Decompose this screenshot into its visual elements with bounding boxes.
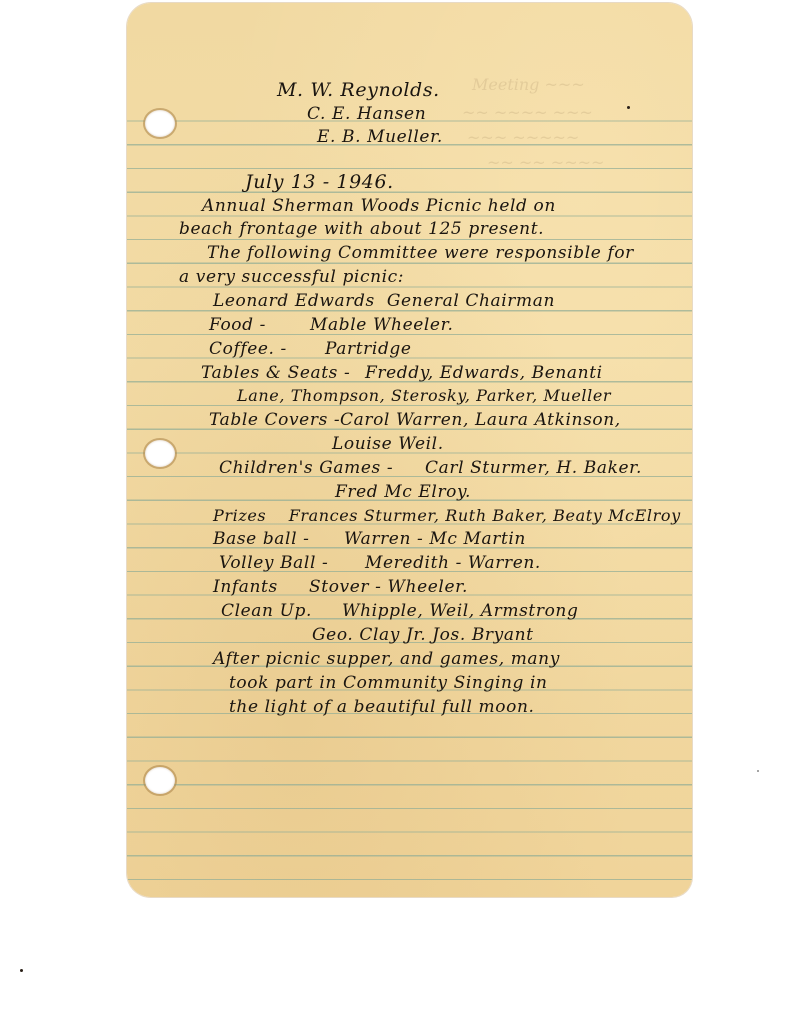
body-line-2: beach frontage with about 125 present.	[179, 218, 544, 240]
body-line-4: a very successful picnic:	[179, 266, 404, 288]
body-line-3: The following Committee were responsible…	[207, 242, 634, 264]
committee-row: Table Covers - Carol Warren, Laura Atkin…	[209, 409, 621, 431]
committee-row: Infants Stover - Wheeler.	[213, 576, 468, 598]
show-through-text: ~~ ~~ ~~~~	[487, 153, 604, 172]
ink-speck	[627, 106, 630, 109]
committee-row: Children's Games - Carl Sturmer, H. Bake…	[219, 457, 642, 479]
committee-role: Children's Games -	[219, 457, 419, 479]
notebook-page: Meeting ~~~ ~~ ~~~~ ~~~ ~~~ ~~~~~ ~~ ~~ …	[127, 3, 692, 897]
meeting-date: July 13 - 1946.	[245, 171, 394, 193]
closing-line-1: After picnic supper, and games, many	[213, 648, 560, 670]
punch-hole-bottom	[145, 767, 175, 794]
committee-members: Lane, Thompson, Sterosky, Parker, Muelle…	[237, 386, 611, 405]
committee-role: Table Covers -	[209, 409, 334, 431]
committee-row: Fred Mc Elroy.	[335, 481, 471, 503]
committee-members: Louise Weil.	[332, 434, 444, 454]
committee-role: Food -	[209, 314, 304, 336]
committee-role: Leonard Edwards	[213, 291, 375, 311]
committee-role: Prizes	[213, 505, 283, 527]
committee-row: Food - Mable Wheeler.	[209, 314, 453, 336]
committee-role: Clean Up.	[221, 600, 336, 622]
committee-members: Meredith - Warren.	[365, 553, 541, 573]
signatory-3: E. B. Mueller.	[317, 126, 443, 148]
committee-members: Frances Sturmer, Ruth Baker, Beaty McElr…	[289, 506, 681, 525]
committee-row: Volley Ball - Meredith - Warren.	[219, 552, 541, 574]
committee-members: Carol Warren, Laura Atkinson,	[340, 410, 621, 430]
committee-members: Fred Mc Elroy.	[335, 482, 471, 502]
signatory-2: C. E. Hansen	[307, 103, 426, 125]
committee-members: Warren - Mc Martin	[344, 529, 526, 549]
committee-role: Volley Ball -	[219, 552, 359, 574]
committee-role: Coffee. -	[209, 338, 319, 360]
committee-row: Lane, Thompson, Sterosky, Parker, Muelle…	[237, 385, 611, 407]
scan-dust	[757, 770, 759, 772]
committee-members: General Chairman	[387, 291, 555, 311]
committee-row: Louise Weil.	[332, 433, 444, 455]
committee-members: Whipple, Weil, Armstrong	[342, 601, 578, 621]
show-through-text: Meeting ~~~	[472, 75, 585, 94]
committee-row: Tables & Seats - Freddy, Edwards, Benant…	[201, 362, 603, 384]
committee-role: Infants	[213, 576, 303, 598]
scan-dust	[20, 969, 23, 972]
committee-row: Prizes Frances Sturmer, Ruth Baker, Beat…	[213, 505, 681, 527]
committee-role: Tables & Seats -	[201, 362, 359, 384]
committee-members: Stover - Wheeler.	[309, 577, 468, 597]
closing-line-3: the light of a beautiful full moon.	[229, 696, 535, 718]
signatory-1: M. W. Reynolds.	[277, 79, 440, 101]
committee-row: Coffee. - Partridge	[209, 338, 412, 360]
body-line-1: Annual Sherman Woods Picnic held on	[202, 195, 556, 217]
committee-members: Mable Wheeler.	[310, 315, 453, 335]
punch-hole-top	[145, 110, 175, 137]
committee-members: Geo. Clay Jr. Jos. Bryant	[312, 625, 534, 645]
committee-role: Base ball -	[213, 528, 338, 550]
committee-row: Clean Up. Whipple, Weil, Armstrong	[221, 600, 578, 622]
committee-row: Base ball - Warren - Mc Martin	[213, 528, 526, 550]
committee-members: Carl Sturmer, H. Baker.	[425, 458, 642, 478]
show-through-text: ~~~ ~~~~~	[467, 128, 579, 147]
closing-line-2: took part in Community Singing in	[229, 672, 548, 694]
show-through-text: ~~ ~~~~ ~~~	[462, 103, 593, 122]
committee-members: Partridge	[325, 339, 412, 359]
punch-hole-middle	[145, 440, 175, 467]
committee-members: Freddy, Edwards, Benanti	[365, 363, 603, 383]
committee-row: Geo. Clay Jr. Jos. Bryant	[312, 624, 534, 646]
committee-row: Leonard Edwards General Chairman	[213, 290, 555, 312]
